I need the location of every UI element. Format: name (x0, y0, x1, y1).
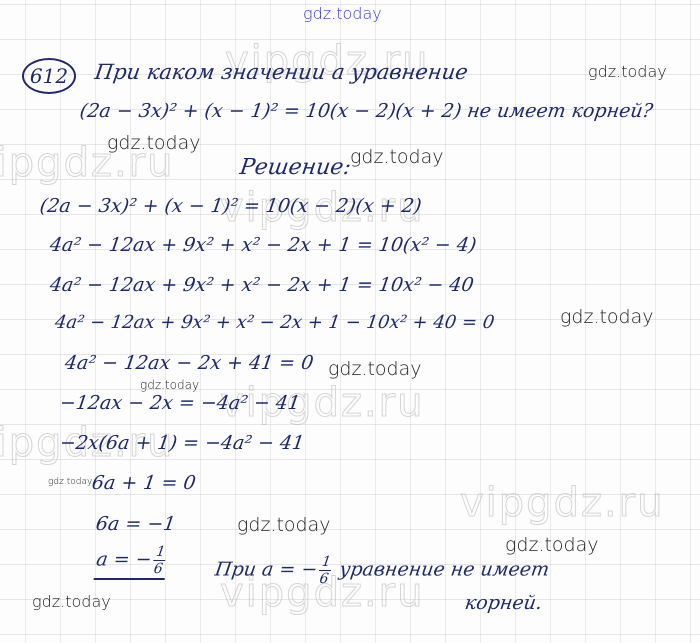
solution-step: 4a² − 12ax + 9x² + x² − 2x + 1 − 10x² + … (54, 312, 496, 333)
solution-result: a = −16 (94, 545, 170, 580)
watermark-inline: gdz.today (505, 534, 599, 556)
result-lhs: a = − (95, 549, 153, 571)
watermark-inline: gdz.today (237, 514, 331, 536)
watermark-site: vipgdz.ru (460, 480, 664, 526)
watermark-top: gdz.today (303, 4, 382, 23)
solution-step: (2a − 3x)² + (x − 1)² = 10(x − 2)(x + 2) (38, 195, 422, 217)
answer-suffix: уравнение не имеет (338, 559, 551, 581)
solution-step: −12ax − 2x = −4a² − 41 (58, 392, 301, 414)
watermark-inline: gdz.today (560, 306, 654, 328)
fraction-denominator: 6 (319, 572, 330, 586)
answer-line1: При a = −16 уравнение не имеет (213, 555, 551, 586)
watermark-inline: gdz.today (350, 146, 444, 168)
problem-text-line2: (2a − 3x)² + (x − 1)² = 10(x − 2)(x + 2)… (78, 100, 654, 122)
solution-step: 4a² − 12ax − 2x + 41 = 0 (63, 352, 314, 374)
problem-number: 612 (22, 58, 76, 94)
solution-step: 6a = −1 (94, 513, 177, 535)
solution-step: 4a² − 12ax + 9x² + x² − 2x + 1 = 10x² − … (48, 274, 475, 296)
solution-heading: Решение: (238, 155, 352, 180)
solution-step: 4a² − 12ax + 9x² + x² − 2x + 1 = 10(x² −… (48, 234, 477, 256)
solution-step: 6a + 1 = 0 (90, 472, 197, 494)
answer-line2: корней. (463, 592, 543, 614)
fraction-denominator: 6 (153, 562, 164, 576)
problem-text-line1: При каком значении a уравнение (93, 60, 469, 84)
answer-fraction: 16 (317, 555, 333, 586)
fraction-numerator: 1 (155, 545, 166, 559)
watermark-inline: gdz.today (140, 378, 199, 392)
watermark-inline: gdz.today (588, 62, 667, 81)
solution-step: −2x(6a + 1) = −4a² − 41 (58, 432, 305, 454)
watermark-inline: gdz.today (107, 132, 201, 154)
result-fraction: 16 (151, 545, 167, 576)
fraction-numerator: 1 (321, 555, 332, 569)
watermark-inline: gdz.today (328, 358, 422, 380)
watermark-inline: gdz.today (48, 477, 92, 487)
answer-prefix: При a = − (214, 559, 319, 581)
watermark-inline: gdz.today (32, 592, 111, 611)
